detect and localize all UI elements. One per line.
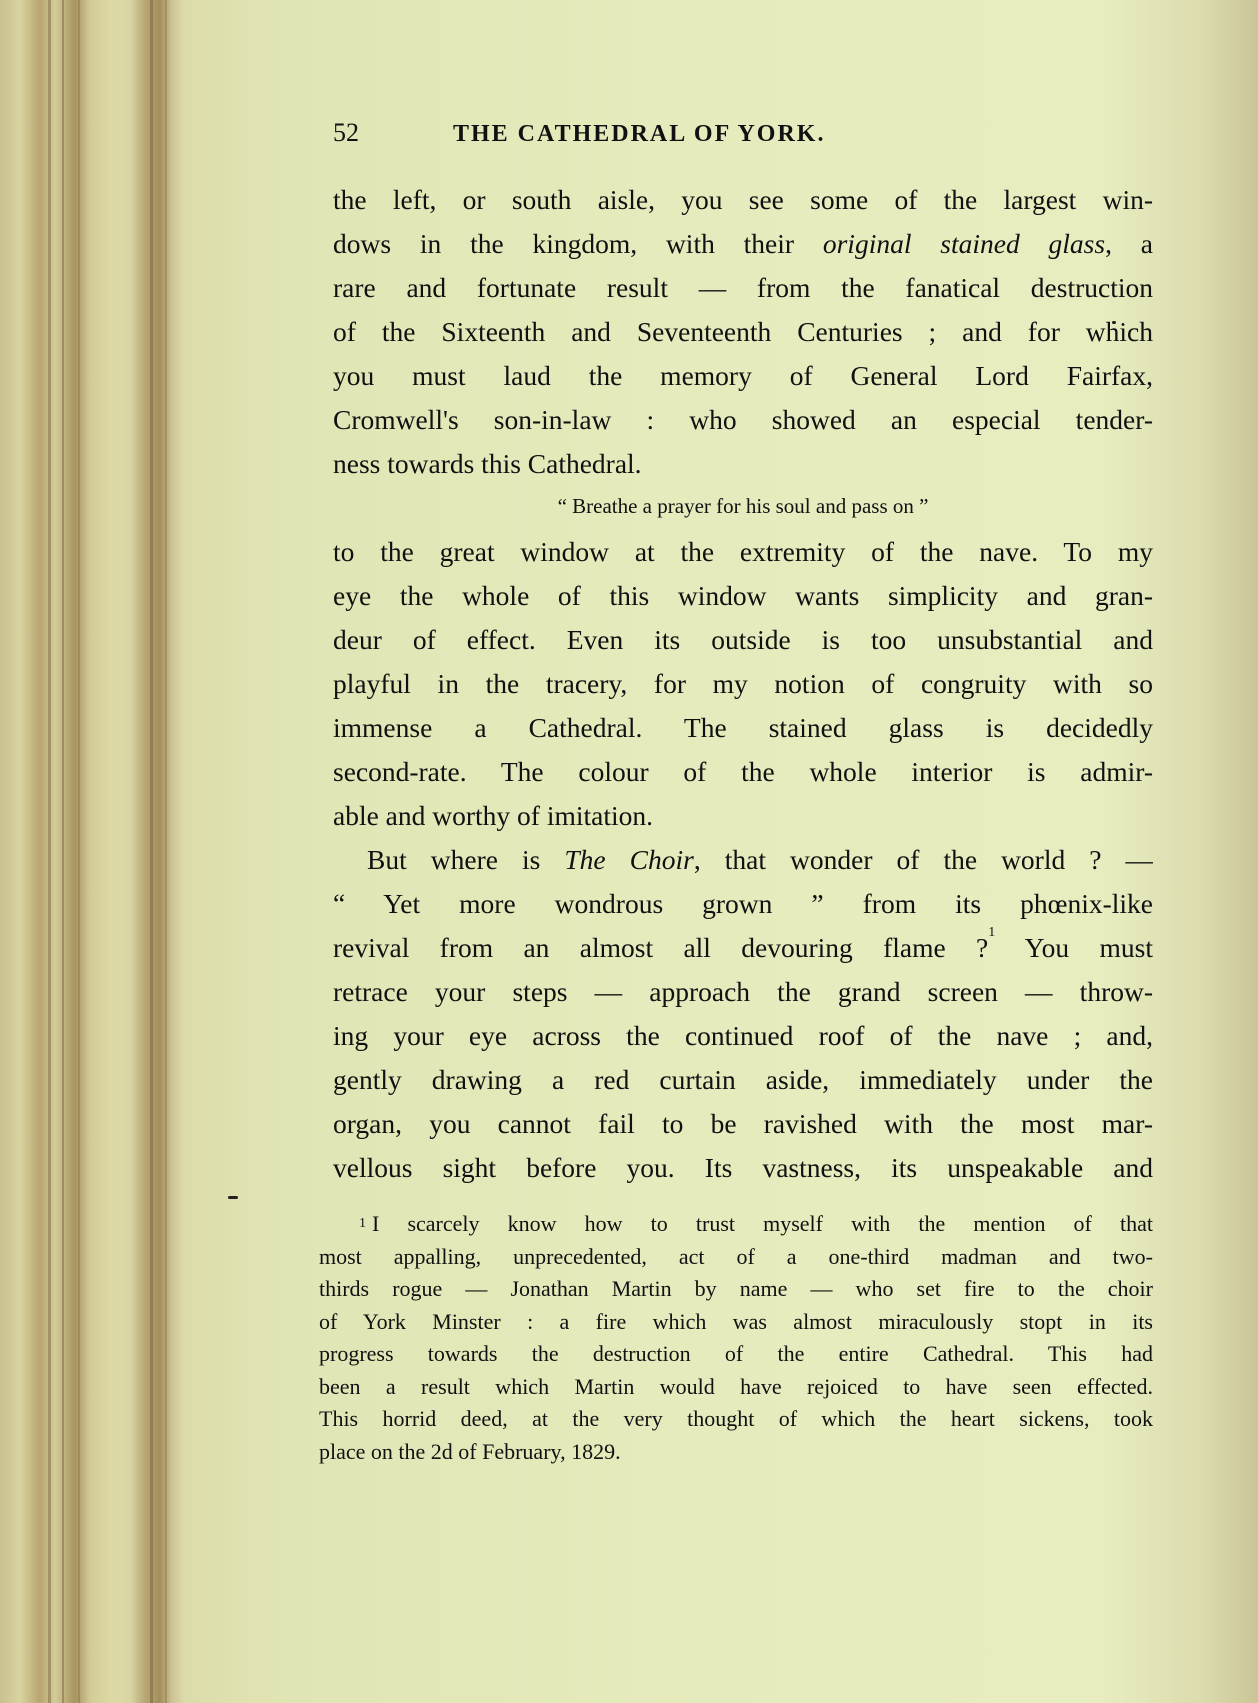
- text-line: rare and fortunate result — from the fan…: [333, 266, 1153, 310]
- footnote: 1I scarcely know how to trust myself wit…: [319, 1208, 1153, 1468]
- italic-emphasis: original stained glass: [823, 228, 1105, 259]
- text-line: immense a Cathedral. The stained glass i…: [333, 706, 1153, 750]
- footnote-line: of York Minster : a fire which was almos…: [319, 1306, 1153, 1339]
- footnote-marker: 1: [359, 1216, 366, 1231]
- paragraph-1: the left, or south aisle, you see some o…: [333, 178, 1153, 486]
- ink-speck: [228, 1196, 238, 1199]
- text-line: able and worthy of imitation.: [333, 794, 1153, 838]
- paragraph-3: But where is The Choir, that wonder of t…: [333, 838, 1153, 1190]
- text-line: you must laud the memory of General Lord…: [333, 354, 1153, 398]
- footnote-line: place on the 2d of February, 1829.: [319, 1436, 1153, 1469]
- text-line: dows in the kingdom, with their original…: [333, 222, 1153, 266]
- footnote-line: most appalling, unprecedented, act of a …: [319, 1241, 1153, 1274]
- text-line: Cromwell's son-in-law : who showed an es…: [333, 398, 1153, 442]
- text-line: to the great window at the extremity of …: [333, 530, 1153, 574]
- text-line: eye the whole of this window wants simpl…: [333, 574, 1153, 618]
- binding-edge: [78, 0, 80, 1703]
- page-text: 52 THE CATHEDRAL OF YORK. the left, or s…: [333, 118, 1153, 1468]
- text-line: of the Sixteenth and Seventeenth Centuri…: [333, 310, 1153, 354]
- binding-edge: [165, 0, 167, 1703]
- running-title: THE CATHEDRAL OF YORK.: [453, 121, 825, 148]
- footnote-line: progress towards the destruction of the …: [319, 1338, 1153, 1371]
- footnote-line: been a result which Martin would have re…: [319, 1371, 1153, 1404]
- book-page: 52 THE CATHEDRAL OF YORK. the left, or s…: [0, 0, 1258, 1703]
- text-line: gently drawing a red curtain aside, imme…: [333, 1058, 1153, 1102]
- text-line: retrace your steps — approach the grand …: [333, 970, 1153, 1014]
- text-line: second-rate. The colour of the whole int…: [333, 750, 1153, 794]
- text-line: organ, you cannot fail to be ravished wi…: [333, 1102, 1153, 1146]
- text-line: ness towards this Cathedral.: [333, 442, 1153, 486]
- text-line: playful in the tracery, for my notion of…: [333, 662, 1153, 706]
- text-line: vellous sight before you. Its vastness, …: [333, 1146, 1153, 1190]
- text-line: revival from an almost all devouring fla…: [333, 926, 1153, 970]
- text-line: But where is The Choir, that wonder of t…: [333, 838, 1153, 882]
- text-line: deur of effect. Even its outside is too …: [333, 618, 1153, 662]
- running-head: 52 THE CATHEDRAL OF YORK.: [333, 118, 1153, 178]
- text-line: “ Yet more wondrous grown ” from its phœ…: [333, 882, 1153, 926]
- text-line: ing your eye across the continued roof o…: [333, 1014, 1153, 1058]
- binding-edge: [150, 0, 153, 1703]
- paragraph-2: to the great window at the extremity of …: [333, 530, 1153, 838]
- epigraph-quote: “ Breathe a prayer for his soul and pass…: [333, 486, 1153, 530]
- footnote-line: thirds rogue — Jonathan Martin by name —…: [319, 1273, 1153, 1306]
- binding-edge: [48, 0, 51, 1703]
- binding-edge: [62, 0, 64, 1703]
- text-line: the left, or south aisle, you see some o…: [333, 178, 1153, 222]
- footnote-line: 1I scarcely know how to trust myself wit…: [319, 1208, 1153, 1241]
- italic-emphasis: The Choir: [564, 844, 693, 875]
- page-number: 52: [333, 118, 453, 148]
- footnote-line: This horrid deed, at the very thought of…: [319, 1403, 1153, 1436]
